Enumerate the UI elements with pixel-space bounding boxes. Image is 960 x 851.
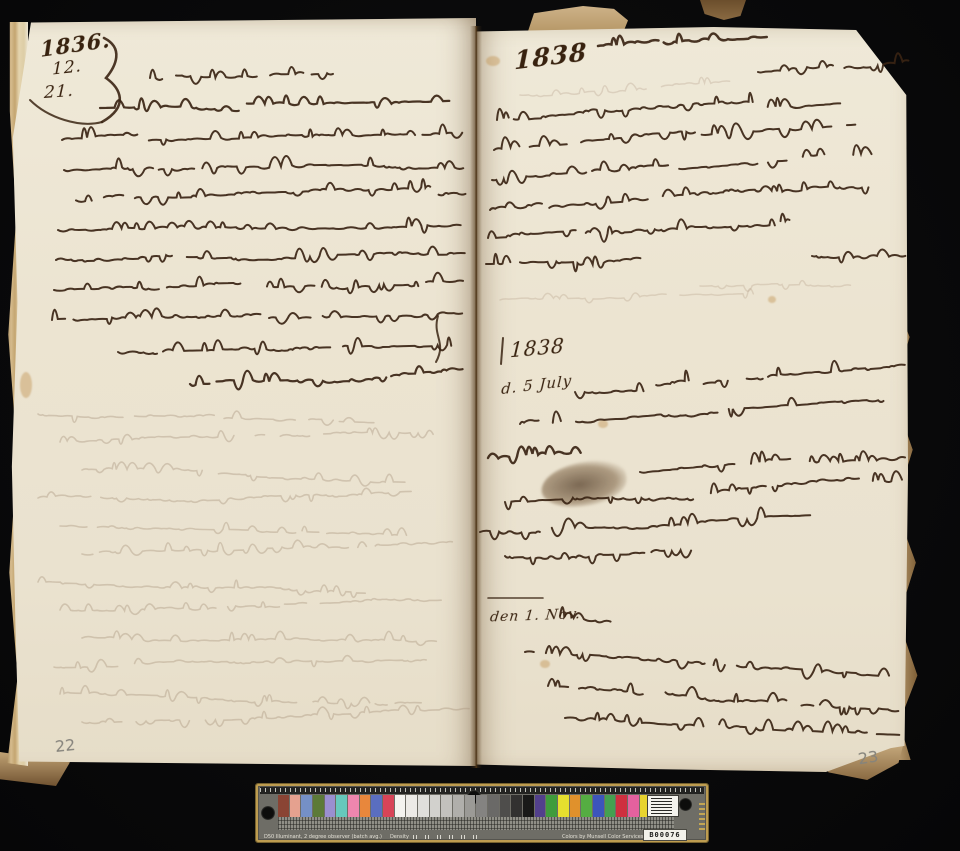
handwriting-strokes-layer: [0, 0, 960, 851]
color-patch: [325, 795, 336, 817]
bar-edge-marking: [699, 800, 705, 830]
color-patch: [348, 795, 359, 817]
color-patch: [476, 795, 487, 817]
color-patch: [418, 795, 429, 817]
color-patch: [500, 795, 511, 817]
color-patch: [360, 795, 371, 817]
right-page-entry2-year: 1838: [509, 334, 565, 363]
color-patch: [430, 795, 441, 817]
color-patch: [301, 795, 312, 817]
registration-circle-left: [261, 806, 275, 820]
munsell-credit-label: Colors by Munsell Color Services Lab: [562, 834, 654, 840]
color-patch: [441, 795, 452, 817]
left-page-month: 12.: [52, 56, 82, 79]
right-page-entry3-date: den 1. Nov.: [489, 606, 582, 625]
color-patch: [616, 795, 627, 817]
left-page-day: 21.: [44, 81, 75, 103]
color-patch: [546, 795, 557, 817]
color-patch: [406, 795, 417, 817]
color-calibration-bar: D50 Illuminant, 2 degree observer (batch…: [256, 784, 708, 842]
color-patch: [558, 795, 569, 817]
color-patch: [488, 795, 499, 817]
registration-circle-right: [679, 798, 692, 811]
color-patch: [336, 795, 347, 817]
illuminant-label: D50 Illuminant, 2 degree observer (batch…: [264, 834, 382, 840]
color-patch: [523, 795, 534, 817]
color-patch: [313, 795, 324, 817]
photographed-manuscript-scene: 1836. 12. 21. 1838 1838 d. 5 July den 1.…: [0, 0, 960, 851]
color-patch: [453, 795, 464, 817]
folio-number-left: 22: [54, 735, 76, 756]
density-values-illegible: [413, 835, 483, 839]
color-patch: [465, 795, 476, 817]
color-patch: [593, 795, 604, 817]
color-patch: [581, 795, 592, 817]
folio-number-right: 23: [857, 747, 880, 769]
calibration-ruler-strip: [260, 787, 704, 794]
color-patch: [278, 795, 289, 817]
serial-number-box: B00076: [644, 830, 686, 840]
color-patch: [511, 795, 522, 817]
color-patch: [371, 795, 382, 817]
color-patch: [290, 795, 301, 817]
color-patch: [605, 795, 616, 817]
patch-measurement-values: [278, 817, 674, 830]
color-patch: [628, 795, 639, 817]
color-patch: [570, 795, 581, 817]
density-label: Density: [390, 834, 409, 840]
color-patch: [535, 795, 546, 817]
color-patch-row: [278, 795, 674, 817]
resolution-target: [648, 796, 678, 816]
color-patch: [383, 795, 394, 817]
calibration-caption-row: D50 Illuminant, 2 degree observer (batch…: [264, 832, 700, 841]
color-patch: [395, 795, 406, 817]
